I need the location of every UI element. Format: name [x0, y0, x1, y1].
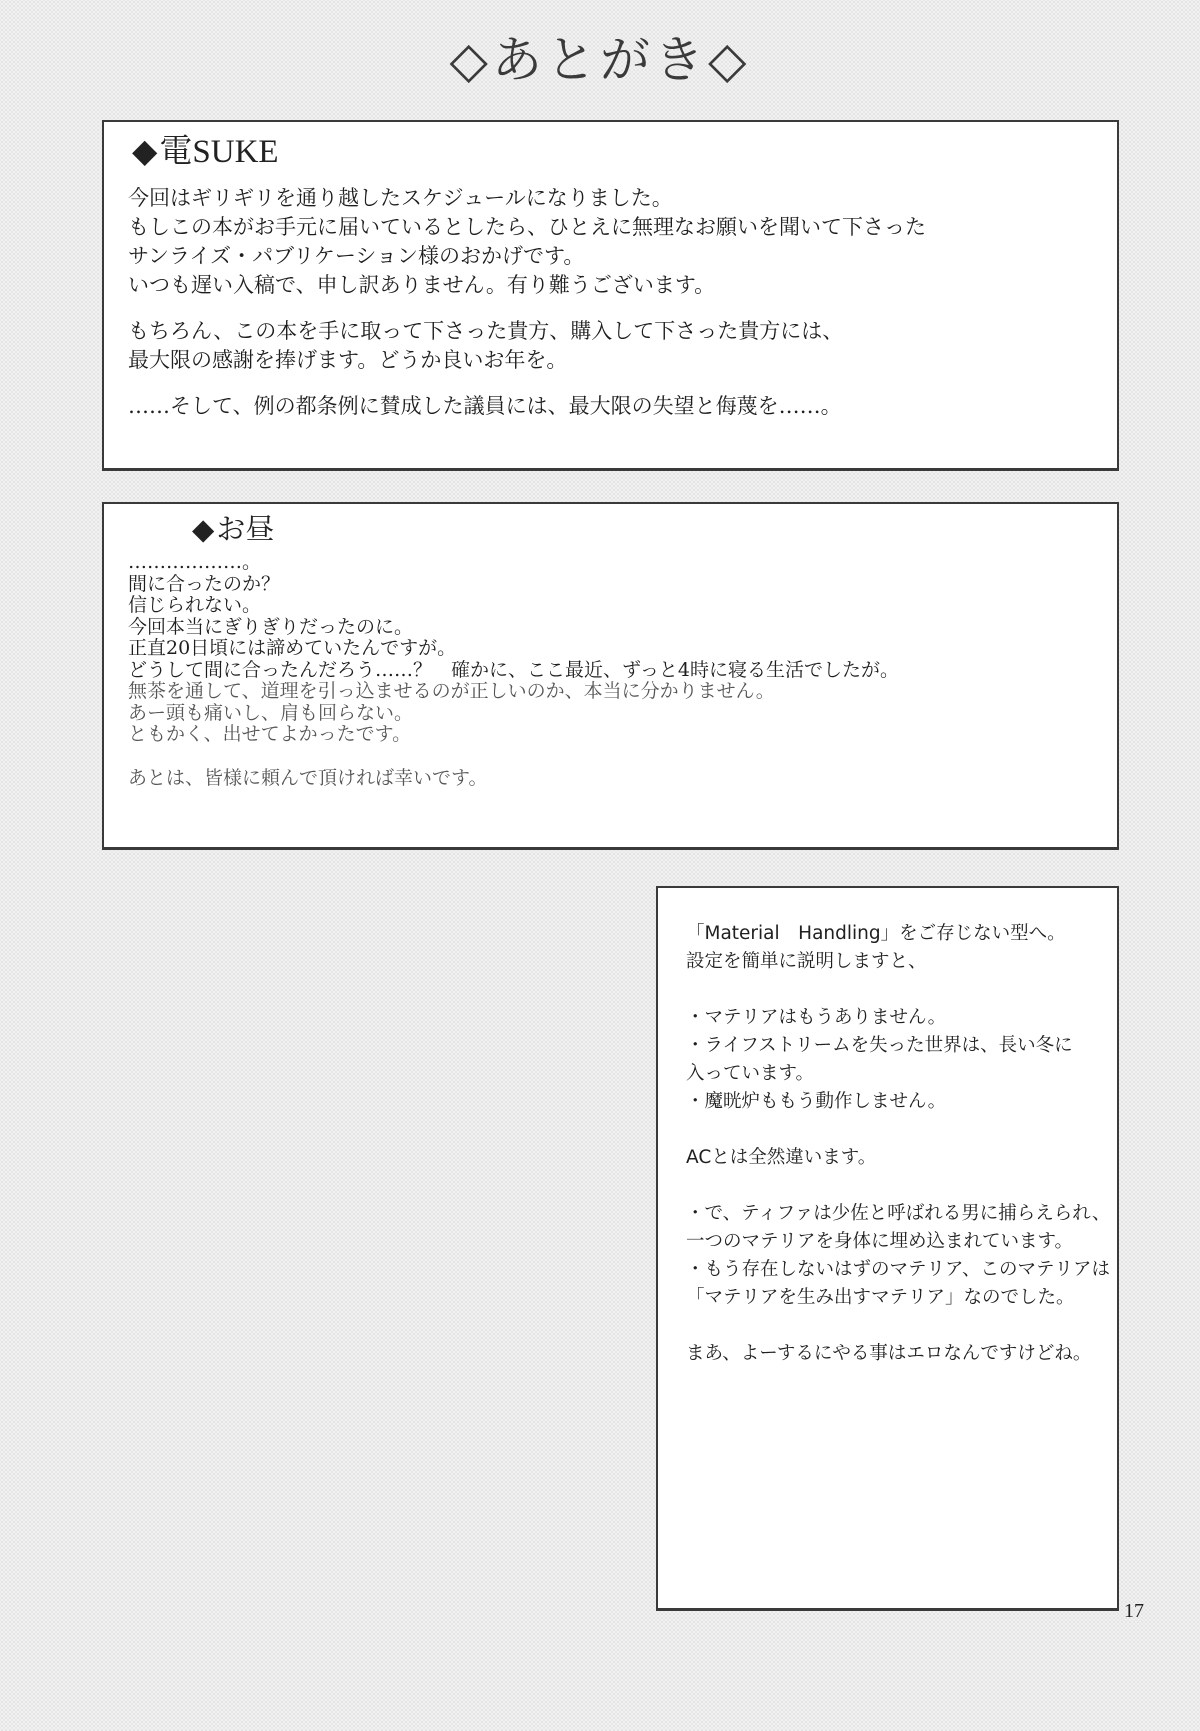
text-line: 一つのマテリアを身体に埋め込まれています。	[686, 1228, 1110, 1256]
text-line: 設定を簡単に説明しますと、	[686, 948, 1110, 976]
text-line: いつも遅い入稿で、申し訳ありません。有り難うございます。	[128, 271, 926, 300]
text-line: 入っています。	[686, 1060, 1110, 1088]
bullet-line: ・で、ティファは少佐と呼ばれる男に捕らえられ、	[686, 1200, 1110, 1228]
paragraph: 今回はギリギリを通り越したスケジュールになりました。 もしこの本がお手元に届いて…	[128, 184, 926, 300]
afterword-box-densuke: ◆電SUKE 今回はギリギリを通り越したスケジュールになりました。 もしこの本が…	[102, 120, 1119, 471]
afterword-box-ohiru: ◆お昼 ………………。 間に合ったのか？ 信じられない。 今回本当にぎりぎりだっ…	[102, 502, 1119, 850]
paragraph: ……そして、例の都条例に賛成した議員には、最大限の失望と侮蔑を……。	[128, 392, 926, 421]
text-line: 今回はギリギリを通り越したスケジュールになりました。	[128, 184, 926, 213]
text-line: ………………。	[128, 552, 899, 574]
page-title: ◇あとがき◇	[0, 30, 1200, 90]
bullet-line: ・もう存在しないはずのマテリア、このマテリアは	[686, 1256, 1110, 1284]
spacer	[686, 976, 1110, 1004]
setting-notes-box: 「Material Handling」をご存じない型へ。 設定を簡単に説明します…	[656, 886, 1119, 1611]
text-line: 正直20日頃には諦めていたんですが。	[128, 638, 899, 660]
text-line: ともかく、出せてよかったです。	[128, 724, 899, 746]
text-line: 間に合ったのか？	[128, 574, 899, 596]
text-line: 最大限の感謝を捧げます。どうか良いお年を。	[128, 346, 926, 375]
text-line: あー頭も痛いし、肩も回らない。	[128, 703, 899, 725]
bullet-line: ・魔晄炉ももう動作しません。	[686, 1088, 1110, 1116]
text-line: サンライズ・パブリケーション様のおかげです。	[128, 242, 926, 271]
spacer	[686, 1172, 1110, 1200]
text-line: ……そして、例の都条例に賛成した議員には、最大限の失望と侮蔑を……。	[128, 392, 926, 421]
author-name: お昼	[216, 514, 274, 546]
text-line: 今回本当にぎりぎりだったのに。	[128, 617, 899, 639]
author-name: 電SUKE	[159, 134, 278, 170]
text-line: 信じられない。	[128, 595, 899, 617]
diamond-bullet-icon: ◆	[192, 516, 214, 545]
text-line: 無茶を通して、道理を引っ込ませるのが正しいのか、本当に分かりません。	[128, 681, 899, 703]
bullet-line: ・マテリアはもうありません。	[686, 1004, 1110, 1032]
section-body: ………………。 間に合ったのか？ 信じられない。 今回本当にぎりぎりだったのに。…	[128, 552, 899, 789]
section-body: 「Material Handling」をご存じない型へ。 設定を簡単に説明します…	[686, 920, 1110, 1368]
closing-line: あとは、皆様に頼んで頂ければ幸いです。	[128, 768, 899, 790]
section-heading: ◆お昼	[192, 516, 274, 545]
spacer	[686, 1312, 1110, 1340]
text-line: ACとは全然違います。	[686, 1144, 1110, 1172]
diamond-bullet-icon: ◆	[132, 136, 157, 169]
section-heading: ◆電SUKE	[132, 136, 279, 169]
bullet-line: ・ライフストリームを失った世界は、長い冬に	[686, 1032, 1110, 1060]
spacer	[128, 746, 899, 768]
text-line: 「Material Handling」をご存じない型へ。	[686, 920, 1110, 948]
text-line: 「マテリアを生み出すマテリア」なのでした。	[686, 1284, 1110, 1312]
text-line: もしこの本がお手元に届いているとしたら、ひとえに無理なお願いを聞いて下さった	[128, 213, 926, 242]
paragraph: もちろん、この本を手に取って下さった貴方、購入して下さった貴方には、 最大限の感…	[128, 317, 926, 375]
page-number: 17	[1124, 1600, 1144, 1623]
text-line: まあ、よーするにやる事はエロなんですけどね。	[686, 1340, 1110, 1368]
spacer	[686, 1116, 1110, 1144]
text-line: どうして間に合ったんだろう……？ 確かに、ここ最近、ずっと4時に寝る生活でしたが…	[128, 660, 899, 682]
text-line: もちろん、この本を手に取って下さった貴方、購入して下さった貴方には、	[128, 317, 926, 346]
section-body: 今回はギリギリを通り越したスケジュールになりました。 もしこの本がお手元に届いて…	[128, 184, 926, 438]
